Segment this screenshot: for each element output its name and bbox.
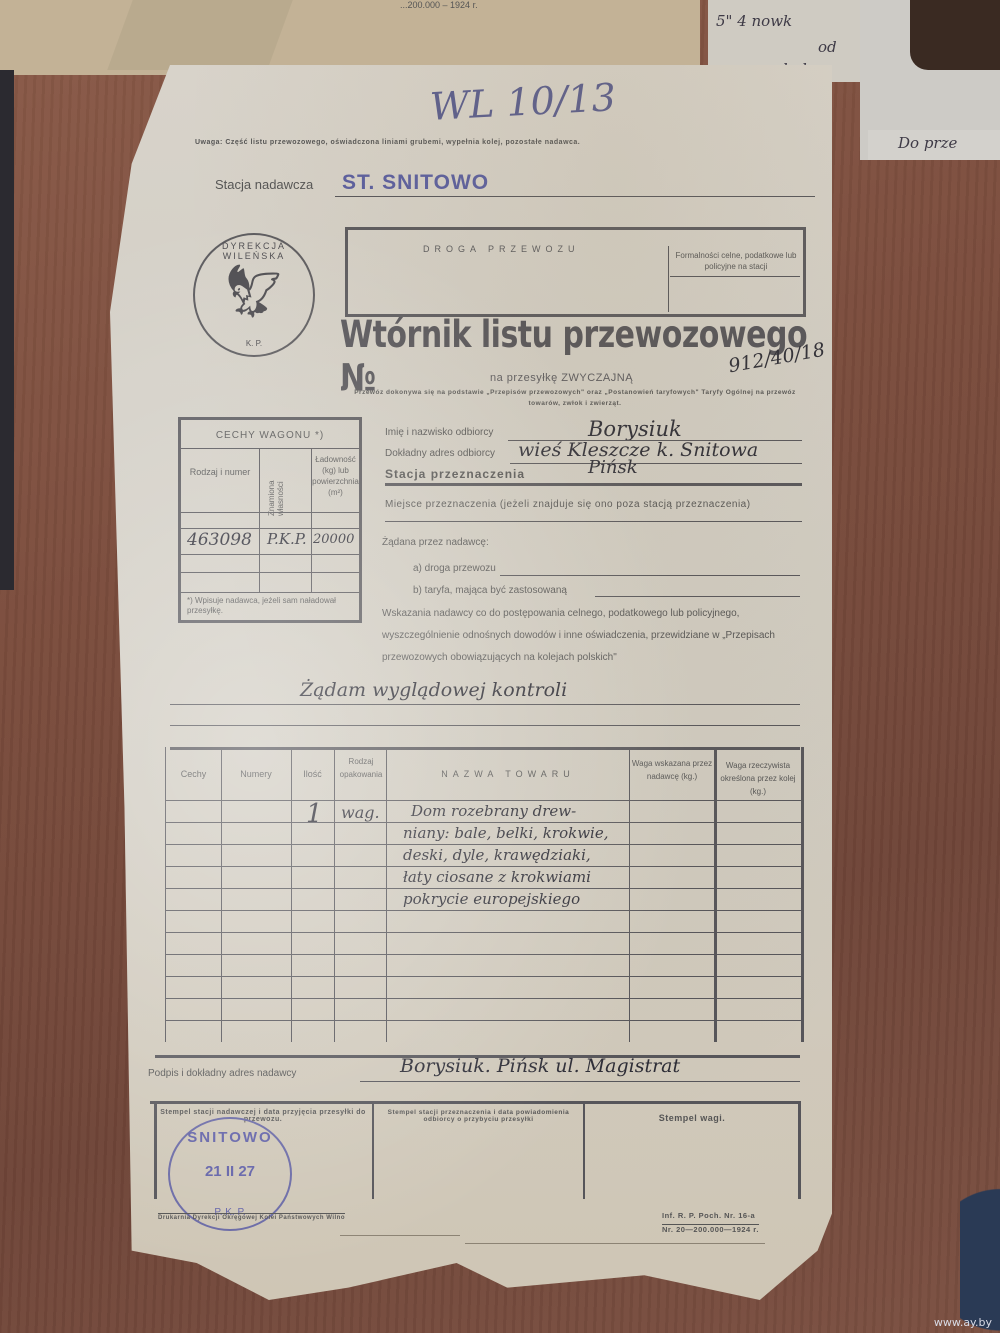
shipment-type: na przesyłkę ZWYCZAJNĄ: [490, 372, 633, 384]
recipient-name: Borysiuk: [588, 417, 682, 441]
goods-line: pokrycie europejskiego: [403, 890, 580, 908]
background-paper-fold: [107, 0, 292, 70]
instruction-text: Uwaga: Część listu przewozowego, oświadc…: [195, 137, 815, 149]
wagon-features-box: CECHY WAGONU *) Rodzaj i numer Znamiona …: [178, 417, 362, 623]
background-object: [0, 70, 14, 590]
sender-signature: Borysiuk. Pińsk ul. Magistrat: [400, 1055, 680, 1077]
directorate-stamp: DYREKCJA WILEŃSKA 🦅︎ K. P.: [193, 233, 315, 357]
goods-line: łaty ciosane z krokwiami: [403, 868, 591, 886]
eagle-icon: 🦅︎: [195, 261, 313, 322]
route-box: DROGA PRZEWOZU Formalności celne, podatk…: [345, 227, 806, 317]
arrival-stamp-box-label: Stempel stacji przeznaczenia i data powi…: [376, 1109, 581, 1123]
wagon-capacity: 20000: [313, 532, 354, 547]
waybill-document: WL 10/13 Uwaga: Część listu przewozowego…: [110, 65, 832, 1300]
wagon-ownership: P.K.P.: [267, 530, 307, 548]
wagon-box-header: CECHY WAGONU *): [181, 430, 359, 441]
goods-table: Cechy Numery Ilość Rodzaj opakowania NAZ…: [165, 747, 804, 1042]
formalities-label: Formalności celne, podatkowe lub policyj…: [670, 250, 802, 272]
form-code-line1: Inf. R. P. Poch. Nr. 16-a: [662, 1211, 755, 1220]
watermark: www.ay.by: [934, 1316, 992, 1329]
wagon-footnote: *) Wpisuje nadawca, jeżeli sam naładował…: [187, 596, 357, 616]
background-object: [960, 1150, 1000, 1333]
sender-station-stamp: ST. SNITOWO: [342, 171, 489, 195]
background-paper: [0, 0, 700, 75]
recipient-address: wieś Kleszcze k. Snitowa: [518, 439, 758, 461]
background-print: ...200.000 – 1924 r.: [400, 0, 478, 10]
background-note: Do prze: [868, 130, 1000, 160]
reference-number-handwritten: WL 10/13: [429, 75, 617, 129]
weight-stamp-box-label: Stempel wagi.: [588, 1113, 796, 1123]
sender-signature-label: Podpis i dokładny adres nadawcy: [148, 1068, 296, 1079]
customs-instructions: Wskazania nadawcy co do postępowania cel…: [382, 603, 802, 669]
goods-quantity: 1: [306, 799, 323, 829]
destination-station: Pińsk: [588, 457, 638, 478]
wagon-number: 463098: [187, 530, 252, 550]
sender-station-label: Stacja nadawcza: [215, 177, 313, 192]
form-code-line2: Nr. 20—200.000—1924 r.: [662, 1224, 759, 1234]
regulation-note: Przewóz dokonywa się na podstawie „Przep…: [340, 387, 810, 409]
customs-instructions-value: Żądam wyglądowej kontroli: [300, 679, 567, 701]
departure-stamp-box-label: Stempel stacji nadawczej i data przyjęci…: [158, 1109, 368, 1123]
background-frame: [910, 0, 1000, 70]
goods-line: niany: bale, belki, krokwie,: [403, 824, 608, 842]
route-label: DROGA PRZEWOZU: [423, 244, 580, 254]
goods-line: Dom rozebrany drew-: [411, 802, 576, 820]
printer-note: Drukarnia Dyrekcji Okręgowej Kolei Państ…: [158, 1213, 345, 1221]
goods-packaging: wag.: [341, 803, 380, 822]
goods-line: deski, dyle, krawędziaki,: [403, 846, 591, 864]
